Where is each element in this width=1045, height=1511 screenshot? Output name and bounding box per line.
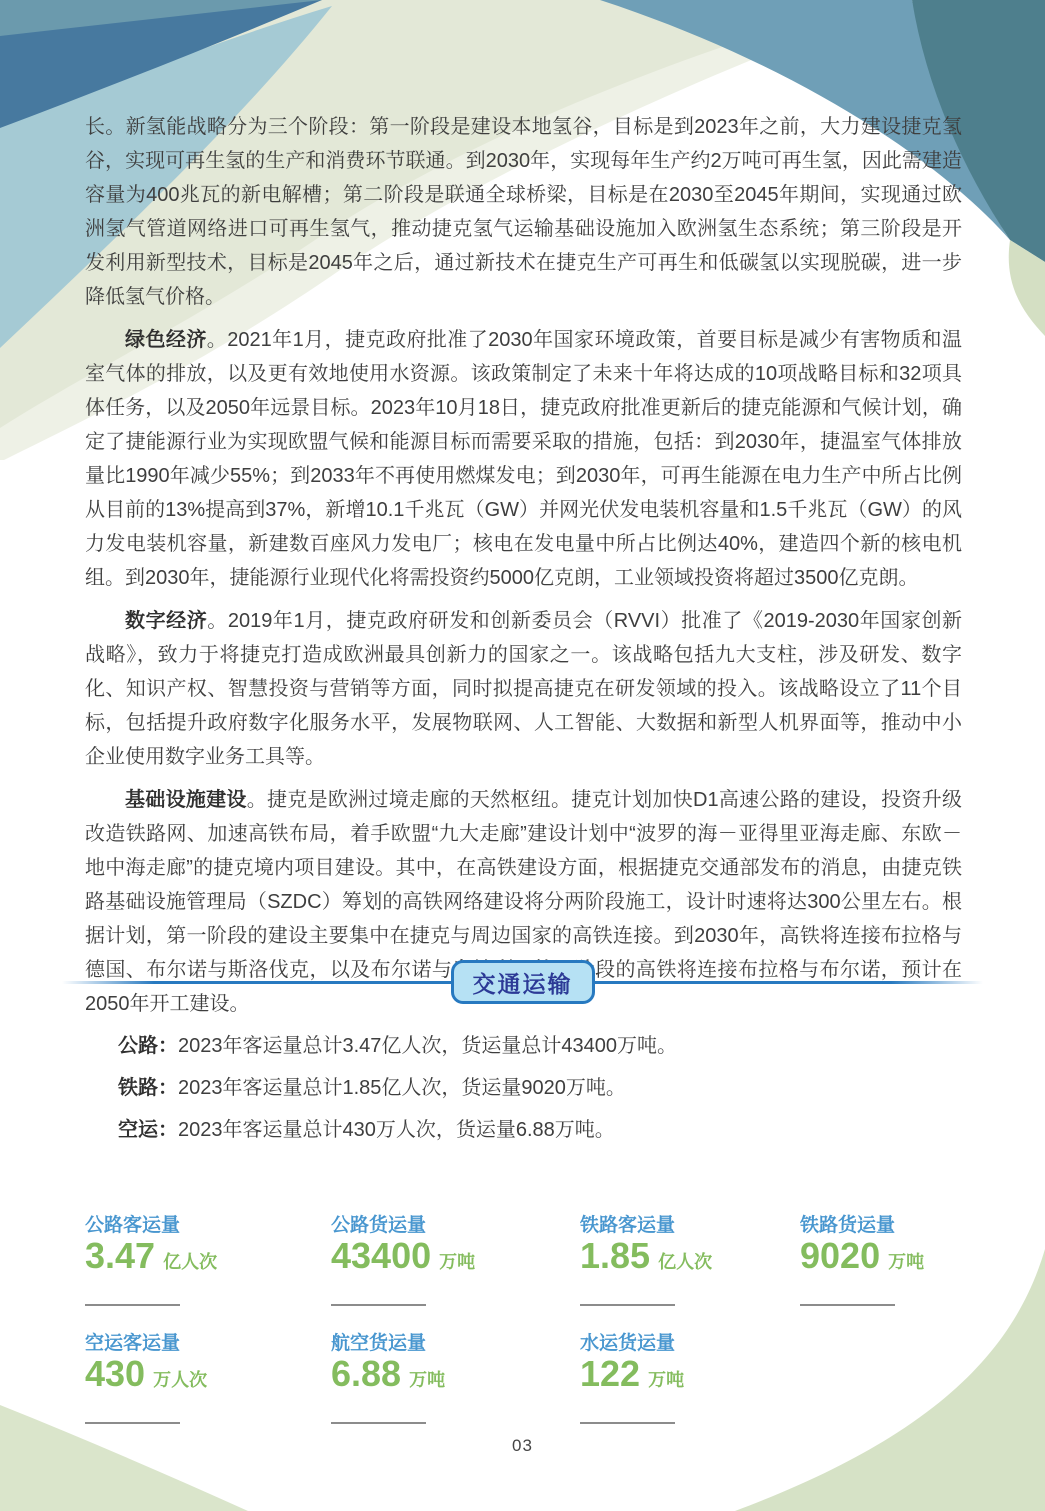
paragraph-hydrogen-strategy: 长。新氢能战略分为三个阶段：第一阶段是建设本地氢谷，目标是到2023年之前，大力…: [85, 110, 962, 314]
stat-card-air-passengers: 空运客运量 430万人次: [85, 1328, 331, 1424]
stat-unit: 亿人次: [163, 1252, 217, 1272]
list-item-rail: 铁路：2023年客运量总计1.85亿人次，货运量9020万吨。: [118, 1075, 958, 1101]
stat-value: 9020万吨: [800, 1234, 990, 1284]
stat-value: 1.85亿人次: [580, 1234, 800, 1284]
list-item-text: 2023年客运量总计430万人次，货运量6.88万吨。: [178, 1119, 615, 1141]
stat-label: 铁路货运量: [800, 1210, 990, 1234]
stat-label: 公路客运量: [85, 1210, 331, 1234]
stat-unit: 万人次: [153, 1370, 207, 1390]
stat-label: 铁路客运量: [580, 1210, 800, 1234]
stat-card-road-freight: 公路货运量 43400万吨: [331, 1210, 580, 1306]
stat-card-rail-freight: 铁路货运量 9020万吨: [800, 1210, 990, 1306]
stat-unit: 万吨: [439, 1252, 475, 1272]
stat-unit: 万吨: [409, 1370, 445, 1390]
list-item-lead: 铁路：: [118, 1077, 178, 1099]
paragraph-text: 。2021年1月，捷克政府批准了2030年国家环境政策，首要目标是减少有害物质和…: [85, 329, 962, 589]
list-item-text: 2023年客运量总计1.85亿人次，货运量9020万吨。: [178, 1077, 626, 1099]
list-item-lead: 公路：: [118, 1035, 178, 1057]
section-divider: 交通运输: [0, 960, 1045, 1006]
stat-value: 430万人次: [85, 1352, 331, 1402]
paragraph-lead: 基础设施建设: [125, 789, 247, 811]
stat-value: 43400万吨: [331, 1234, 580, 1284]
section-title: 交通运输: [473, 966, 573, 999]
stat-underline: [800, 1304, 895, 1306]
stat-value: 122万吨: [580, 1352, 800, 1402]
stat-unit: 万吨: [648, 1370, 684, 1390]
paragraph-text: 。2019年1月，捷克政府研发和创新委员会（RVVI）批准了《2019-2030…: [85, 610, 962, 768]
stat-underline: [580, 1422, 675, 1424]
list-item-lead: 空运：: [118, 1119, 178, 1141]
paragraph-digital-economy: 数字经济。2019年1月，捷克政府研发和创新委员会（RVVI）批准了《2019-…: [85, 604, 962, 774]
stat-label: 水运货运量: [580, 1328, 800, 1352]
body-text-column: 长。新氢能战略分为三个阶段：第一阶段是建设本地氢谷，目标是到2023年之前，大力…: [85, 110, 962, 1030]
stat-card-air-freight: 航空货运量 6.88万吨: [331, 1328, 580, 1424]
stat-unit: 亿人次: [658, 1252, 712, 1272]
stat-label: 空运客运量: [85, 1328, 331, 1352]
stat-underline: [331, 1422, 426, 1424]
stat-card-water-freight: 水运货运量 122万吨: [580, 1328, 800, 1424]
transport-stats-grid: 公路客运量 3.47亿人次 公路货运量 43400万吨 铁路客运量 1.85亿人…: [85, 1210, 990, 1424]
stat-card-road-passengers: 公路客运量 3.47亿人次: [85, 1210, 331, 1306]
stat-underline: [85, 1422, 180, 1424]
stat-underline: [331, 1304, 426, 1306]
section-title-pill: 交通运输: [451, 960, 595, 1004]
list-item-text: 2023年客运量总计3.47亿人次，货运量总计43400万吨。: [178, 1035, 677, 1057]
stat-unit: 万吨: [888, 1252, 924, 1272]
stat-underline: [580, 1304, 675, 1306]
page-number: 03: [0, 1436, 1045, 1456]
stat-card-empty: [800, 1328, 990, 1424]
transport-summary-list: 公路：2023年客运量总计3.47亿人次，货运量总计43400万吨。 铁路：20…: [118, 1033, 958, 1159]
paragraph-lead: 数字经济: [125, 610, 207, 632]
paragraph-text: 长。新氢能战略分为三个阶段：第一阶段是建设本地氢谷，目标是到2023年之前，大力…: [85, 116, 962, 308]
stat-value: 6.88万吨: [331, 1352, 580, 1402]
stat-label: 公路货运量: [331, 1210, 580, 1234]
paragraph-lead: 绿色经济: [125, 329, 207, 351]
stat-card-rail-passengers: 铁路客运量 1.85亿人次: [580, 1210, 800, 1306]
stat-underline: [85, 1304, 180, 1306]
paragraph-green-economy: 绿色经济。2021年1月，捷克政府批准了2030年国家环境政策，首要目标是减少有…: [85, 323, 962, 595]
list-item-air: 空运：2023年客运量总计430万人次，货运量6.88万吨。: [118, 1117, 958, 1143]
stat-value: 3.47亿人次: [85, 1234, 331, 1284]
stat-label: 航空货运量: [331, 1328, 580, 1352]
list-item-road: 公路：2023年客运量总计3.47亿人次，货运量总计43400万吨。: [118, 1033, 958, 1059]
report-page: 长。新氢能战略分为三个阶段：第一阶段是建设本地氢谷，目标是到2023年之前，大力…: [0, 0, 1045, 1511]
